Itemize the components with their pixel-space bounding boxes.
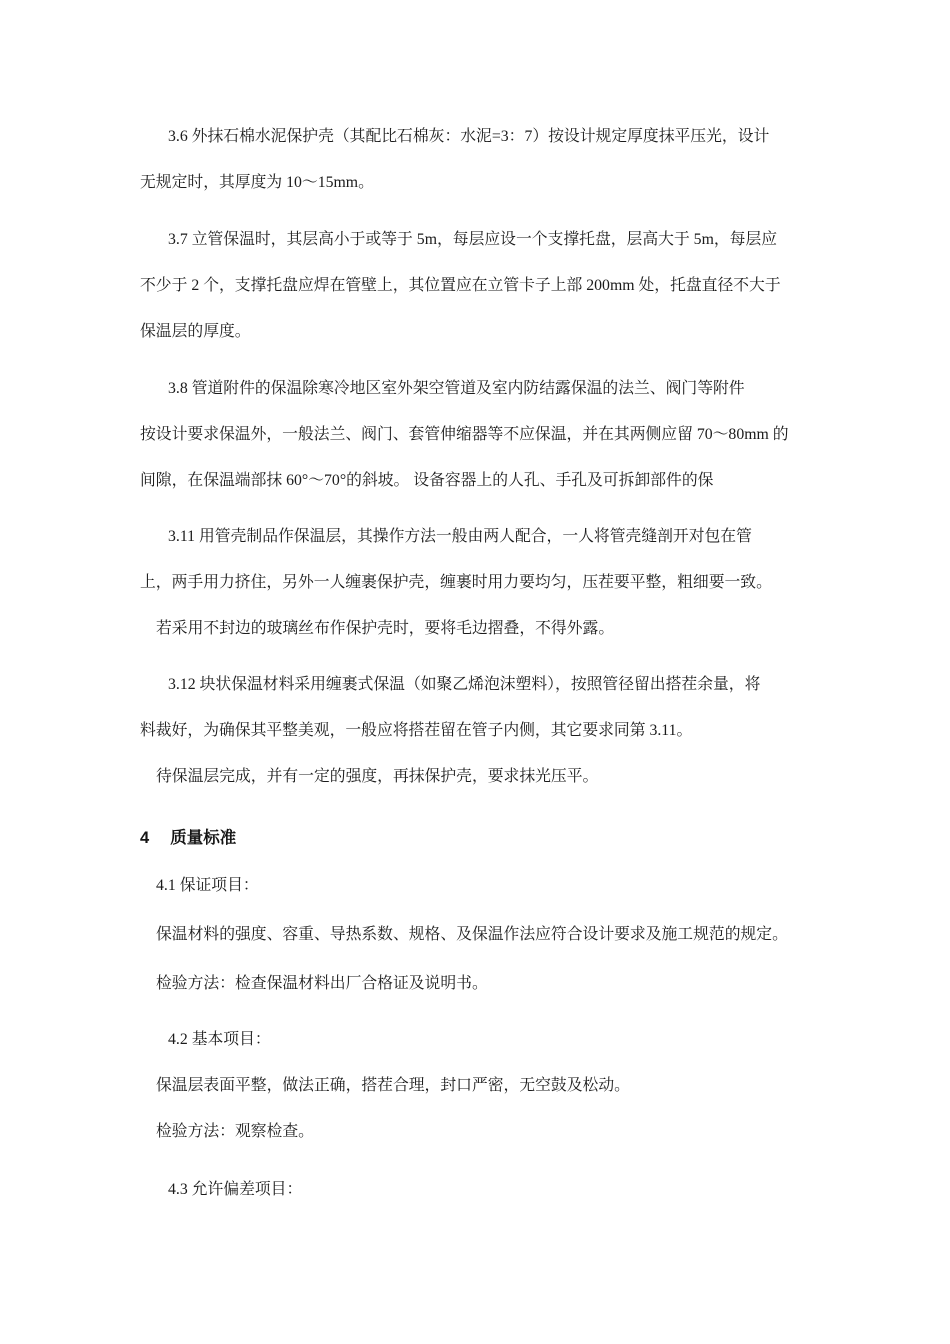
heading-4-quality-standard: 4 质量标准: [140, 815, 820, 861]
para-4-2-inspection-method: 检验方法：观察检查。: [140, 1109, 820, 1155]
para-3-11-line-1: 3.11 用管壳制品作保温层，其操作方法一般由两人配合，一人将管壳缝剖开对包在管: [140, 514, 820, 560]
document-page: 3.6 外抹石棉水泥保护壳（其配比石棉灰：水泥=3：7）按设计规定厚度抹平压光，…: [0, 0, 950, 1344]
para-4-2-requirement: 保温层表面平整，做法正确，搭茬合理，封口严密，无空鼓及松动。: [140, 1063, 820, 1109]
para-3-7-line-1: 3.7 立管保温时，其层高小于或等于 5m，每层应设一个支撑托盘，层高大于 5m…: [140, 217, 820, 263]
para-3-6-line-2: 无规定时，其厚度为 10～15mm。: [140, 160, 820, 206]
para-4-1-inspection-method: 检验方法：检查保温材料出厂合格证及说明书。: [140, 961, 820, 1007]
para-4-2-title: 4.2 基本项目：: [140, 1017, 820, 1063]
para-3-8-line-1: 3.8 管道附件的保温除寒冷地区室外架空管道及室内防结露保温的法兰、阀门等附件: [140, 366, 820, 412]
para-4-3-title: 4.3 允许偏差项目：: [140, 1167, 820, 1213]
para-3-11-line-2: 上，两手用力挤住，另外一人缠裹保护壳，缠裹时用力要均匀，压茬要平整，粗细要一致。: [140, 560, 820, 606]
para-3-7-line-3: 保温层的厚度。: [140, 309, 820, 355]
para-4-1-title: 4.1 保证项目：: [140, 863, 820, 909]
para-3-12-line-2: 料裁好，为确保其平整美观，一般应将搭茬留在管子内侧，其它要求同第 3.11。: [140, 708, 820, 754]
para-3-8-line-2: 按设计要求保温外，一般法兰、阀门、套管伸缩器等不应保温，并在其两侧应留 70～8…: [140, 412, 820, 458]
para-3-7-line-2: 不少于 2 个，支撑托盘应焊在管壁上，其位置应在立管卡子上部 200mm 处，托…: [140, 263, 820, 309]
para-3-8-line-3: 间隙，在保温端部抹 60°～70°的斜坡。 设备容器上的人孔、手孔及可拆卸部件的…: [140, 458, 820, 504]
para-3-6-line-1: 3.6 外抹石棉水泥保护壳（其配比石棉灰：水泥=3：7）按设计规定厚度抹平压光，…: [140, 114, 820, 160]
para-3-12-note: 待保温层完成，并有一定的强度，再抹保护壳，要求抹光压平。: [140, 754, 820, 800]
para-3-12-line-1: 3.12 块状保温材料采用缠裹式保温（如聚乙烯泡沫塑料），按照管径留出搭茬余量，…: [140, 662, 820, 708]
para-3-11-note: 若采用不封边的玻璃丝布作保护壳时，要将毛边摺叠，不得外露。: [140, 606, 820, 652]
para-4-1-requirement: 保温材料的强度、容重、导热系数、规格、及保温作法应符合设计要求及施工规范的规定。: [140, 912, 820, 958]
